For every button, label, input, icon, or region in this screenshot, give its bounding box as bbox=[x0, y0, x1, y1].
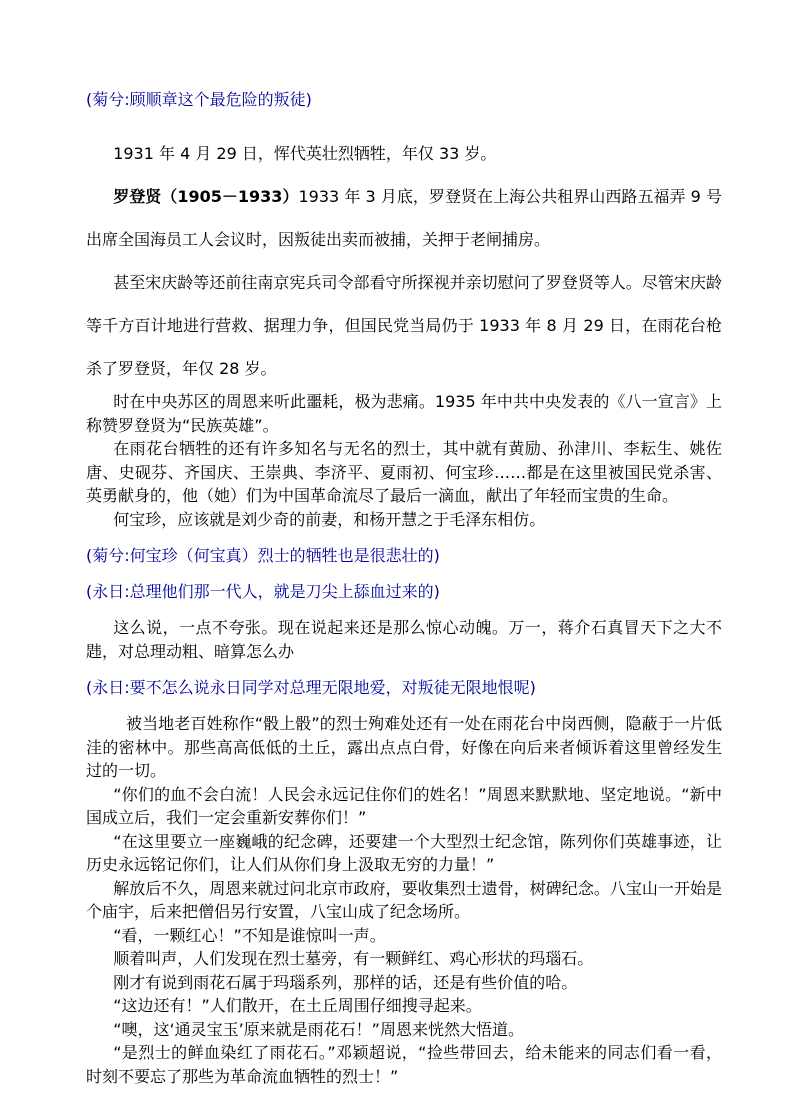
body-paragraph: 甚至宋庆龄等还前往南京宪兵司令部看守所探视并亲切慰问了罗登贤等人。尽管宋庆龄等千… bbox=[86, 261, 722, 390]
body-paragraph: “这边还有！”人们散开，在土丘周围仔细搜寻起来。 bbox=[86, 994, 722, 1018]
body-paragraph: 在雨花台牺牲的还有许多知名与无名的烈士，其中就有黄励、孙津川、李耘生、姚佐唐、史… bbox=[86, 437, 722, 508]
body-paragraph: 顺着叫声，人们发现在烈士墓旁，有一颗鲜红、鸡心形状的玛瑙石。 bbox=[86, 947, 722, 971]
body-paragraph: 罗登贤（1905－1933）1933 年 3 月底，罗登贤在上海公共租界山西路五… bbox=[86, 175, 722, 261]
body-paragraph: 解放后不久，周恩来就过问北京市政府，要收集烈士遗骨，树碑纪念。八宝山一开始是个庙… bbox=[86, 877, 722, 924]
body-paragraph: “你们的血不会白流！人民会永远记住你们的姓名！”周恩来默默地、坚定地说。“新中国… bbox=[86, 783, 722, 830]
body-paragraph: 被当地老百姓称作“骰上骰”的烈士殉难处还有一处在雨花台中岗西侧，隐蔽于一片低洼的… bbox=[86, 712, 722, 783]
body-paragraph: “看，一颗红心！”不知是谁惊叫一声。 bbox=[86, 924, 722, 948]
body-paragraph: “噢，这‘通灵宝玉’原来就是雨花石！”周恩来恍然大悟道。 bbox=[86, 1018, 722, 1042]
body-paragraph: 1931 年 4 月 29 日，恽代英壮烈牺牲，年仅 33 岁。 bbox=[86, 132, 722, 175]
document-page: (菊兮:顾顺章这个最危险的叛徒) 1931 年 4 月 29 日，恽代英壮烈牺牲… bbox=[0, 0, 800, 1100]
paragraph-bold-lead: 罗登贤（1905－1933） bbox=[113, 187, 298, 206]
body-paragraph: 这么说，一点不夸张。现在说起来还是那么惊心动魄。万一，蒋介石真冒天下之大不韪，对… bbox=[86, 616, 722, 663]
reader-annotation: (菊兮:何宝珍（何宝真）烈士的牺牲也是很悲壮的) bbox=[86, 544, 722, 567]
reader-annotation: (菊兮:顾顺章这个最危险的叛徒) bbox=[86, 88, 722, 111]
reader-annotation: (永日:要不怎么说永日同学对总理无限地爱，对叛徒无限地恨呢) bbox=[86, 676, 722, 699]
reader-annotation: (永日:总理他们那一代人，就是刀尖上舔血过来的) bbox=[86, 580, 722, 603]
document-text-area: (菊兮:顾顺章这个最危险的叛徒) 1931 年 4 月 29 日，恽代英壮烈牺牲… bbox=[0, 0, 800, 1088]
body-paragraph: 刚才有说到雨花石属于玛瑙系列，那样的话，还是有些价值的哈。 bbox=[86, 971, 722, 995]
body-paragraph: 何宝珍，应该就是刘少奇的前妻，和杨开慧之于毛泽东相仿。 bbox=[86, 508, 722, 532]
body-paragraph: 时在中央苏区的周恩来听此噩耗，极为悲痛。1935 年中共中央发表的《八一宣言》上… bbox=[86, 390, 722, 437]
body-paragraph: “在这里要立一座巍峨的纪念碑，还要建一个大型烈士纪念馆，陈列你们英雄事迹，让历史… bbox=[86, 830, 722, 877]
body-paragraph: “是烈士的鲜血染红了雨花石。”邓颖超说，“捡些带回去，给未能来的同志们看一看，时… bbox=[86, 1041, 722, 1088]
